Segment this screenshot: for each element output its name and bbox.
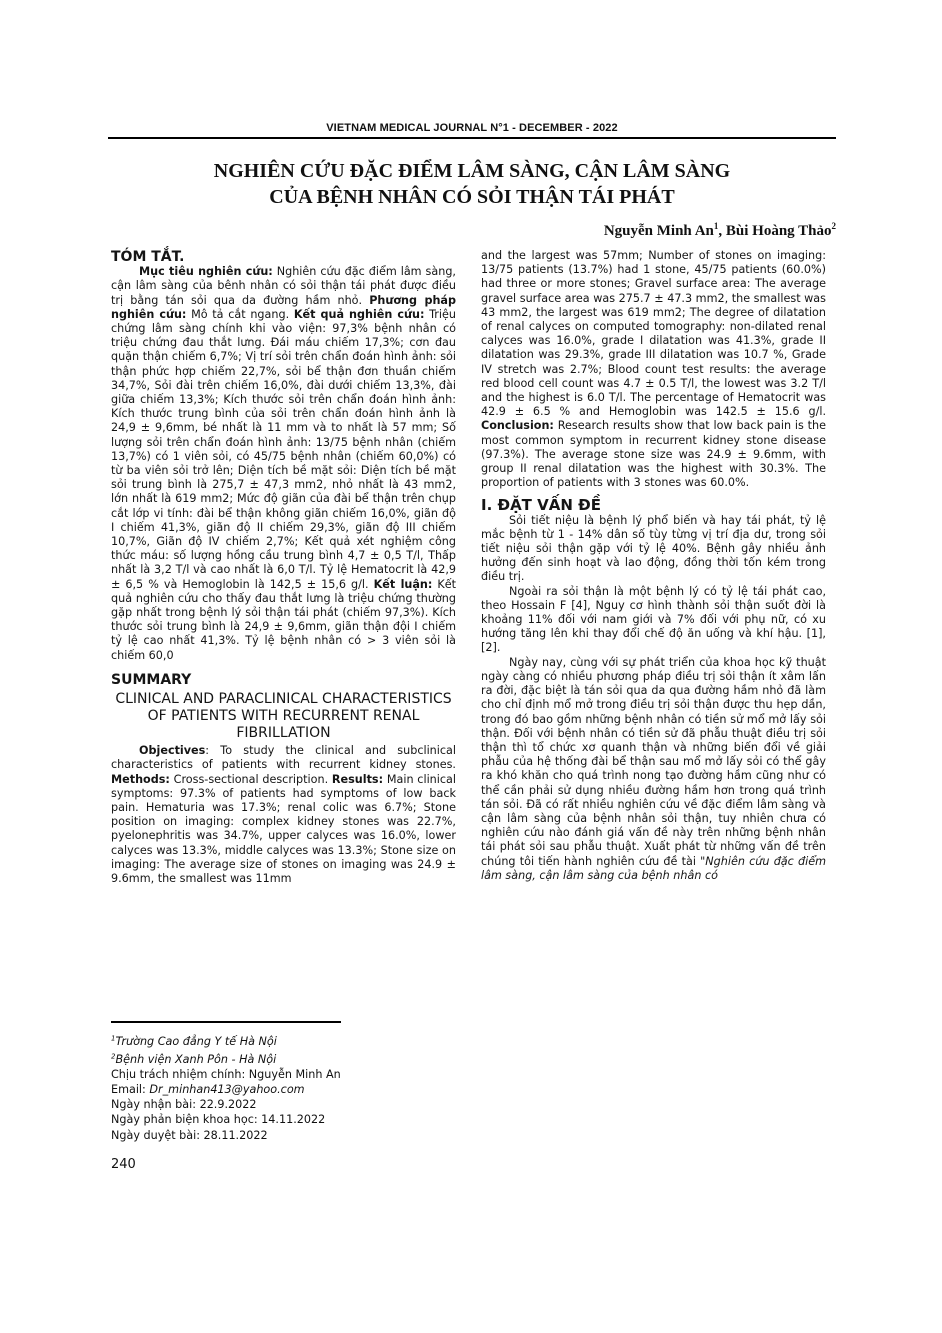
- conclusion-label: Kết luận:: [374, 578, 433, 591]
- abstract-vi-body: Mục tiêu nghiên cứu: Nghiên cứu đặc điểm…: [111, 265, 456, 663]
- methods-text: Mô tả cắt ngang.: [186, 308, 293, 321]
- footnotes: 1Trường Cao đẳng Y tế Hà Nội 2Bệnh viện …: [111, 1031, 461, 1143]
- results-text: Triệu chứng lâm sàng chính khi vào viện:…: [111, 308, 456, 591]
- author-list: Nguyễn Minh An1, Bùi Hoàng Thảo2: [604, 221, 836, 240]
- summary-title: CLINICAL AND PARACLINICAL CHARACTERISTIC…: [111, 691, 456, 742]
- methods-text-en: Cross-sectional description.: [170, 773, 332, 786]
- affiliation-text: Bệnh viện Xanh Pôn - Hà Nội: [115, 1053, 276, 1066]
- results-label: Kết quả nghiên cứu:: [294, 308, 425, 321]
- intro-paragraph-3-text: Ngày nay, cùng với sự phát triển của kho…: [481, 656, 826, 868]
- accepted-date: Ngày duyệt bài: 28.11.2022: [111, 1128, 461, 1143]
- affiliation-2: 2Bệnh viện Xanh Pôn - Hà Nội: [111, 1049, 461, 1067]
- email-label: Email:: [111, 1083, 149, 1096]
- abstract-vi-heading: TÓM TẮT.: [111, 250, 456, 264]
- title-line-1: NGHIÊN CỨU ĐẶC ĐIỂM LÂM SÀNG, CẬN LÂM SÀ…: [108, 158, 836, 184]
- summary-body-left: Objectives: To study the clinical and su…: [111, 744, 456, 886]
- page-number: 240: [111, 1157, 136, 1172]
- header-rule: [108, 137, 836, 139]
- article-title: NGHIÊN CỨU ĐẶC ĐIỂM LÂM SÀNG, CẬN LÂM SÀ…: [108, 158, 836, 210]
- journal-page: VIETNAM MEDICAL JOURNAL N°1 - DECEMBER -…: [0, 0, 942, 1333]
- review-date: Ngày phản biện khoa học: 14.11.2022: [111, 1112, 461, 1127]
- methods-label-en: Methods:: [111, 773, 170, 786]
- summary-body-right: and the largest was 57mm; Number of ston…: [481, 249, 826, 490]
- email-line: Email: Dr_minhan413@yahoo.com: [111, 1082, 461, 1097]
- objective-label: Mục tiêu nghiên cứu:: [139, 265, 273, 278]
- objectives-label: Objectives: [139, 744, 205, 757]
- intro-paragraph-1: Sỏi tiết niệu là bệnh lý phổ biến và hay…: [481, 514, 826, 585]
- author-affiliation-mark: 2: [832, 221, 837, 231]
- right-column: and the largest was 57mm; Number of ston…: [481, 249, 826, 883]
- results-label-en: Results:: [332, 773, 383, 786]
- results-text-en-left: Main clinical symptoms: 97.3% of patient…: [111, 773, 456, 885]
- author-separator: ,: [718, 223, 726, 239]
- author-name: Bùi Hoàng Thảo: [726, 223, 832, 239]
- journal-running-header: VIETNAM MEDICAL JOURNAL N°1 - DECEMBER -…: [108, 122, 836, 134]
- left-column: TÓM TẮT. Mục tiêu nghiên cứu: Nghiên cứu…: [111, 250, 456, 886]
- footnote-rule: [111, 1021, 341, 1023]
- results-text-en-right: and the largest was 57mm; Number of ston…: [481, 249, 826, 418]
- conclusion-label-en: Conclusion:: [481, 419, 554, 432]
- received-date: Ngày nhận bài: 22.9.2022: [111, 1097, 461, 1112]
- affiliation-1: 1Trường Cao đẳng Y tế Hà Nội: [111, 1031, 461, 1049]
- corresponding-author: Chịu trách nhiệm chính: Nguyễn Minh An: [111, 1067, 461, 1082]
- intro-paragraph-3: Ngày nay, cùng với sự phát triển của kho…: [481, 656, 826, 883]
- email-link[interactable]: Dr_minhan413@yahoo.com: [149, 1083, 304, 1096]
- intro-paragraph-2: Ngoài ra sỏi thận là một bệnh lý có tỷ l…: [481, 585, 826, 656]
- author-name: Nguyễn Minh An: [604, 223, 714, 239]
- introduction-heading: I. ĐẶT VẤN ĐỀ: [481, 498, 826, 512]
- title-line-2: CỦA BỆNH NHÂN CÓ SỎI THẬN TÁI PHÁT: [108, 184, 836, 210]
- summary-heading: SUMMARY: [111, 673, 456, 687]
- affiliation-text: Trường Cao đẳng Y tế Hà Nội: [115, 1035, 276, 1048]
